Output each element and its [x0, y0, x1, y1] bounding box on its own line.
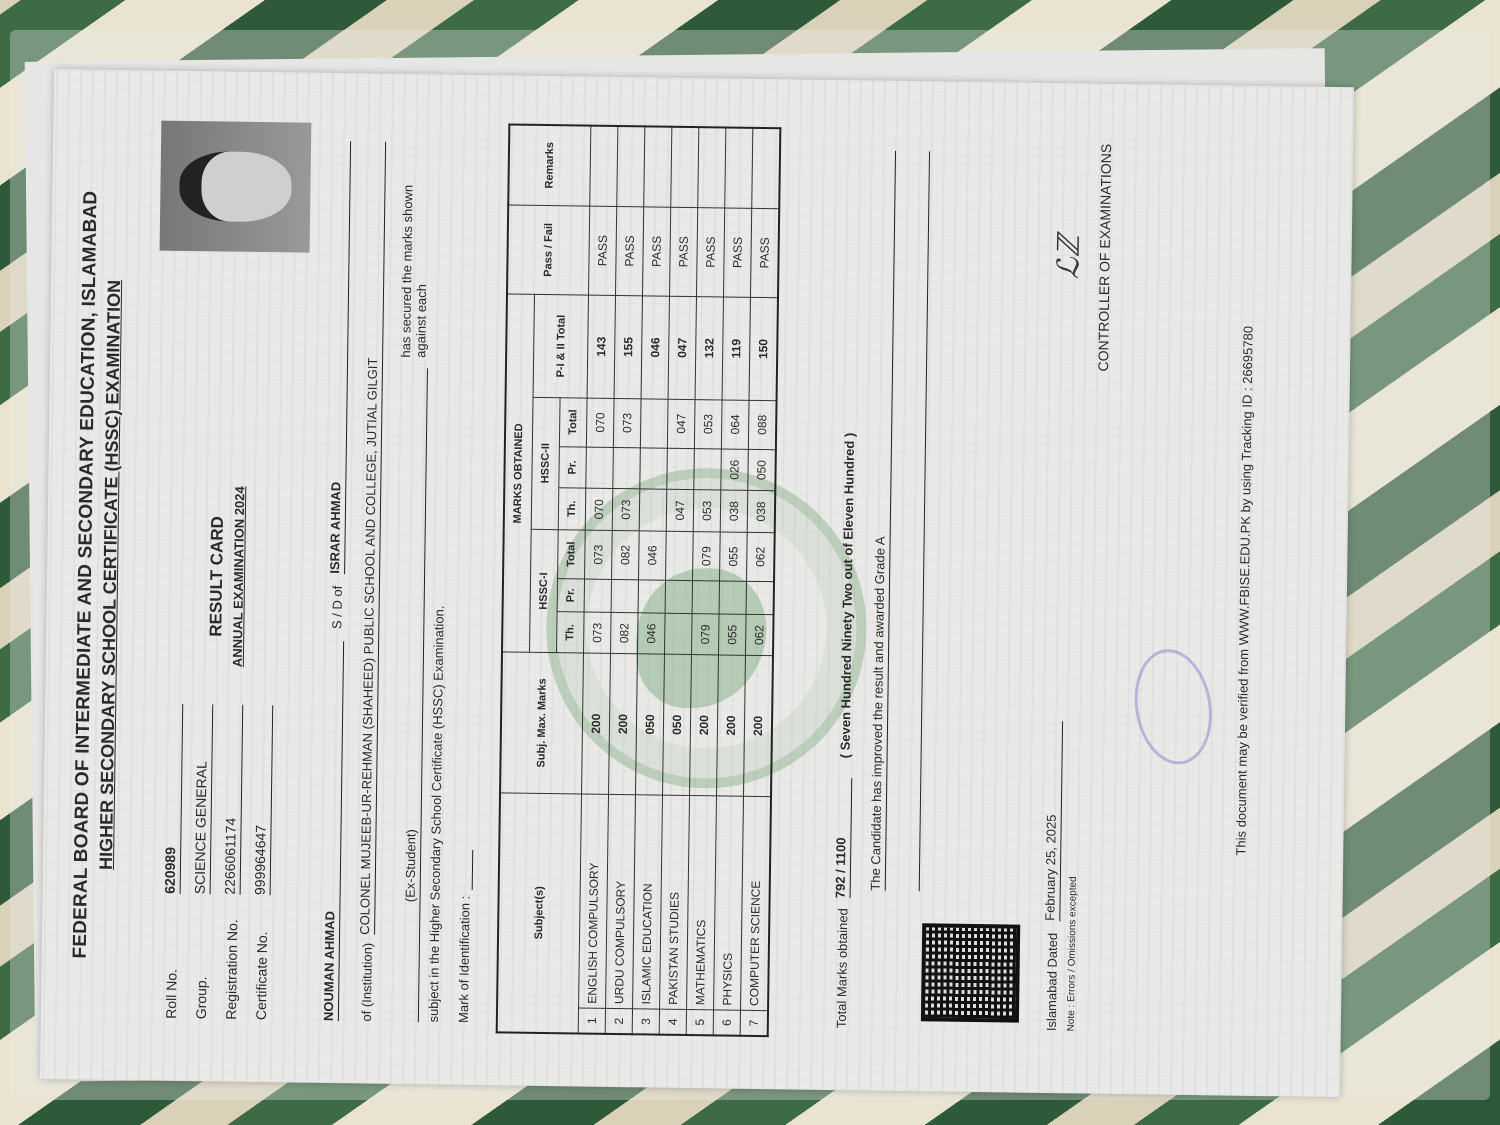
total-marks-value: 792 / 1100 [833, 778, 853, 898]
cell-h1-pr [746, 581, 774, 614]
secured-text: has secured the marks shown against each [398, 142, 431, 358]
cell-result: PASS [615, 206, 643, 296]
cell-remarks [671, 127, 699, 207]
cell-h2-th: 053 [693, 490, 721, 532]
controller-title: CONTROLLER OF EXAMINATIONS [1095, 144, 1114, 372]
document-header: FEDERAL BOARD OF INTERMEDIATE AND SECOND… [68, 69, 128, 1080]
cell-max: 200 [609, 654, 638, 795]
col-remarks: Remarks [508, 124, 591, 205]
subject-statement: subject in the Higher Secondary School C… [426, 606, 447, 1023]
cell-h2-pr: 026 [721, 449, 749, 491]
cell-h1-pr [611, 579, 638, 612]
cell-h2-total: 088 [748, 400, 776, 450]
cell-h1-th: 082 [610, 612, 638, 654]
cell-grand: 119 [722, 297, 750, 400]
cell-grand: 150 [749, 298, 778, 401]
result-remark: The Candidate has improved the result an… [868, 151, 896, 891]
identification-label: Mark of Identification : [456, 896, 473, 1023]
cell-h1-total [666, 531, 694, 581]
candidate-name: NOUMAN AHMAD [321, 641, 344, 1021]
cell-remarks [752, 128, 781, 208]
subject-name: MATHEMATICS [687, 795, 717, 1010]
paper: FEDERAL BOARD OF INTERMEDIATE AND SECOND… [40, 69, 1354, 1097]
marks-table-body: 1ENGLISH COMPULSORY200073073070070143PAS… [578, 126, 780, 1037]
cell-result: PASS [696, 207, 724, 297]
cell-h2-total [640, 398, 668, 448]
row-number: 1 [578, 1008, 605, 1034]
row-number: 4 [659, 1009, 686, 1035]
cell-h2-th [639, 489, 667, 531]
subject-name: URDU COMPULSORY [606, 794, 636, 1009]
cell-grand: 155 [614, 296, 642, 399]
cell-h2-pr [640, 448, 668, 490]
cell-max: 200 [717, 655, 746, 796]
institution-name: COLONEL MUJEEB-UR-REHMAN (SHAHEED) PUBLI… [357, 141, 386, 934]
cell-h1-pr [665, 580, 692, 613]
cell-max: 200 [690, 655, 719, 796]
row-number: 3 [632, 1009, 659, 1035]
subject-name: ENGLISH COMPULSORY [579, 794, 609, 1009]
cell-grand: 132 [695, 297, 723, 400]
cell-h1-th: 073 [583, 612, 611, 654]
cell-h1-th: 046 [637, 613, 665, 655]
col-hssc2: HSSC-II [531, 397, 560, 529]
controller-block: ℒℤ CONTROLLER OF EXAMINATIONS [1050, 143, 1114, 372]
total-marks-label: Total Marks obtained [834, 908, 851, 1028]
row-number: 5 [686, 1010, 713, 1036]
cell-h2-total: 053 [694, 399, 722, 449]
cell-h2-pr [694, 448, 722, 490]
cell-grand: 047 [668, 296, 696, 399]
col-h1-th: Th. [556, 612, 584, 654]
candidate-photo [160, 121, 312, 253]
cell-h1-total: 055 [720, 532, 748, 582]
identification-row: Mark of Identification : [456, 850, 473, 1023]
cell-result: PASS [723, 208, 751, 298]
col-h1-pr: Pr. [557, 579, 584, 612]
identification-value [460, 850, 474, 890]
signature: ℒℤ [1050, 143, 1088, 371]
cell-h1-total: 082 [612, 530, 640, 580]
cell-result: PASS [588, 206, 616, 296]
cell-h1-pr [719, 581, 746, 614]
cell-h2-th: 047 [666, 489, 694, 531]
marks-table: Subject(s) Subj. Max. Marks MARKS OBTAIN… [496, 123, 782, 1037]
cell-remarks [698, 127, 726, 207]
verification-footer: This document may be verified from WWW.F… [1230, 86, 1259, 1096]
subject-name: PAKISTAN STUDIES [660, 795, 690, 1010]
cell-result: PASS [750, 208, 779, 298]
subject-name: ISLAMIC EDUCATION [633, 794, 663, 1009]
issue-date: February 25, 2025 [1042, 721, 1063, 921]
cell-h2-th: 070 [585, 488, 613, 530]
institution-row: of (Institution) COLONEL MUJEEB-UR-REHMA… [356, 141, 386, 1021]
cell-h1-th: 062 [745, 614, 773, 656]
cell-max: 050 [663, 654, 692, 795]
cell-h1-th: 079 [691, 613, 719, 655]
cell-h2-total: 047 [667, 399, 695, 449]
col-h2-pr: Pr. [559, 447, 587, 489]
cell-h2-total: 073 [613, 398, 641, 448]
cell-result: PASS [669, 207, 697, 297]
cell-h2-total: 070 [586, 398, 614, 448]
cell-max: 050 [636, 654, 665, 795]
col-h2-th: Th. [558, 488, 586, 530]
cell-h1-pr [638, 580, 665, 613]
cell-h1-total: 079 [693, 531, 721, 581]
cell-h1-pr [692, 580, 719, 613]
cell-remarks [725, 127, 753, 207]
blank-line [903, 151, 930, 891]
cell-h1-th [664, 613, 692, 655]
cell-h2-pr [613, 447, 641, 489]
cell-h2-th: 073 [612, 489, 640, 531]
col-h1-total: Total [558, 529, 586, 579]
subject-name: COMPUTER SCIENCE [741, 796, 771, 1011]
row-number: 7 [740, 1010, 768, 1036]
cell-h2-th: 038 [747, 491, 775, 533]
dated-label: Islamabad Dated [1044, 933, 1060, 1031]
relation-label: S / D of [329, 586, 345, 630]
status-row: (Ex-Student) has secured the marks shown… [389, 142, 431, 1022]
cell-h1-th: 055 [718, 614, 746, 656]
qr-code [921, 923, 1020, 1022]
total-marks-row: Total Marks obtained 792 / 1100 ( Seven … [831, 148, 861, 1028]
cell-max: 200 [744, 656, 773, 797]
cell-h2-pr [586, 447, 614, 489]
row-number: 6 [713, 1010, 740, 1036]
cell-result: PASS [642, 206, 670, 296]
cell-grand: 046 [641, 296, 669, 399]
cell-max: 200 [582, 653, 611, 794]
col-p12-total: P-I & II Total [533, 295, 588, 398]
total-marks-words: ( Seven Hundred Ninety Two out of Eleven… [838, 433, 858, 759]
cell-h1-total: 046 [639, 531, 667, 581]
info-roll-no: Roll No. 620989 [149, 704, 183, 1019]
cell-h2-pr [667, 448, 695, 490]
cell-remarks [617, 126, 645, 206]
dated-row: Islamabad Dated February 25, 2025 [1041, 721, 1063, 1032]
cell-grand: 143 [587, 295, 615, 398]
cell-h2-total: 064 [721, 400, 749, 450]
photo-portrait [179, 151, 292, 223]
cell-h2-pr: 050 [748, 449, 776, 491]
subject-name: PHYSICS [714, 796, 744, 1011]
ink-stamp [1127, 643, 1221, 770]
candidate-status: (Ex-Student) [401, 368, 428, 1023]
cell-h1-total: 073 [585, 530, 613, 580]
info-certificate-no: Certificate No. 999964647 [239, 705, 273, 1020]
cell-remarks [590, 126, 618, 206]
father-name: ISRAR AHMAD [327, 141, 351, 574]
errors-note: Note : Errors / Omissions excepted [1066, 876, 1079, 1031]
result-card-document: FEDERAL BOARD OF INTERMEDIATE AND SECOND… [40, 59, 1364, 1097]
col-hssc1: HSSC-I [530, 529, 559, 653]
col-pass-fail: Pass / Fail [507, 204, 590, 295]
cell-h1-pr [584, 579, 611, 612]
row-number: 2 [605, 1008, 632, 1034]
cell-h2-th: 038 [720, 490, 748, 532]
cell-remarks [644, 126, 672, 206]
cell-h1-total: 062 [747, 532, 775, 582]
col-max-marks: Subj. Max. Marks [500, 652, 583, 793]
name-row: NOUMAN AHMAD S / D of ISRAR AHMAD [321, 141, 351, 1021]
col-h2-total: Total [559, 397, 587, 447]
institution-label: of (Institution) [359, 943, 375, 1022]
col-subjects: Subject(s) [497, 793, 582, 1034]
